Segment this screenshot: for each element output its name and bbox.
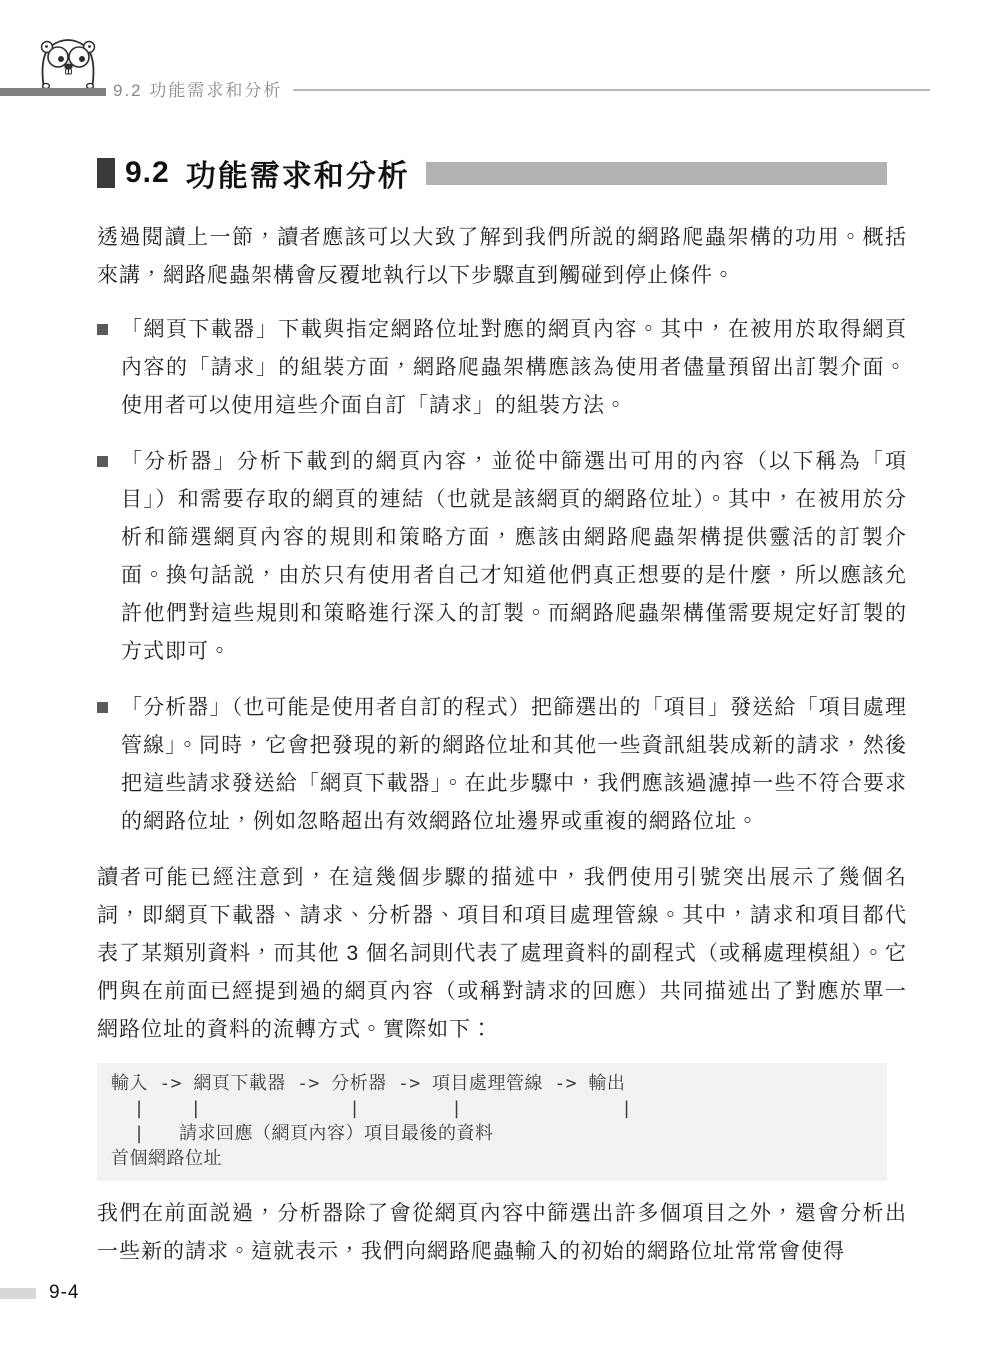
section-marker-icon (97, 158, 115, 188)
flow-diagram-line: | | | | | (111, 1096, 873, 1121)
list-item-text: 「網頁下載器」下載與指定網路位址對應的網頁內容。其中，在被用於取得網頁內容的「請… (121, 311, 907, 425)
paragraph-intro: 透過閱讀上一節，讀者應該可以大致了解到我們所説的網路爬蟲架構的功用。概括來講，網… (97, 219, 907, 295)
page-header: 9.2 功能需求和分析 (0, 0, 1004, 97)
book-page: 9.2 功能需求和分析 9.2 功能需求和分析 透過閱讀上一節，讀者應該可以大致… (0, 0, 1004, 1358)
list-item: 「分析器」（也可能是使用者自訂的程式）把篩選出的「項目」發送給「項目處理管線」。… (97, 689, 907, 841)
flow-diagram: 輸入 -> 網頁下載器 -> 分析器 -> 項目處理管線 -> 輸出 | | |… (97, 1063, 887, 1181)
list-item-text: 「分析器」分析下載到的網頁內容，並從中篩選出可用的內容（以下稱為「項目」）和需要… (121, 443, 907, 671)
header-divider-bar (0, 88, 106, 96)
paragraph-summary: 讀者可能已經注意到，在這幾個步驟的描述中，我們使用引號突出展示了幾個名詞，即網頁… (97, 859, 907, 1049)
section-number: 9.2 (125, 156, 170, 190)
bullet-square-icon (97, 702, 108, 713)
flow-diagram-line: 首個網路位址 (111, 1146, 873, 1171)
bullet-square-icon (97, 456, 108, 467)
list-item: 「分析器」分析下載到的網頁內容，並從中篩選出可用的內容（以下稱為「項目」）和需要… (97, 443, 907, 671)
bullet-square-icon (97, 324, 108, 335)
page-number: 9-4 (49, 1282, 79, 1304)
section-heading-bar (426, 162, 887, 185)
list-item: 「網頁下載器」下載與指定網路位址對應的網頁內容。其中，在被用於取得網頁內容的「請… (97, 311, 907, 425)
gopher-mascot-icon (36, 36, 100, 92)
section-heading: 9.2 功能需求和分析 (97, 155, 907, 191)
paragraph-closing: 我們在前面説過，分析器除了會從網頁內容中篩選出許多個項目之外，還會分析出一些新的… (97, 1195, 907, 1271)
page-footer: 9-4 (0, 1282, 79, 1304)
page-content: 9.2 功能需求和分析 透過閱讀上一節，讀者應該可以大致了解到我們所説的網路爬蟲… (97, 155, 907, 1271)
list-item-text: 「分析器」（也可能是使用者自訂的程式）把篩選出的「項目」發送給「項目處理管線」。… (121, 689, 907, 841)
flow-diagram-line: | 請求回應（網頁內容）項目最後的資料 (111, 1121, 873, 1146)
flow-diagram-line: 輸入 -> 網頁下載器 -> 分析器 -> 項目處理管線 -> 輸出 (111, 1071, 873, 1096)
header-rule-line (293, 89, 930, 91)
footer-decoration-bar (0, 1288, 36, 1299)
section-title: 功能需求和分析 (186, 151, 410, 195)
running-header-label: 9.2 功能需求和分析 (113, 76, 282, 101)
bullet-list: 「網頁下載器」下載與指定網路位址對應的網頁內容。其中，在被用於取得網頁內容的「請… (97, 311, 907, 841)
